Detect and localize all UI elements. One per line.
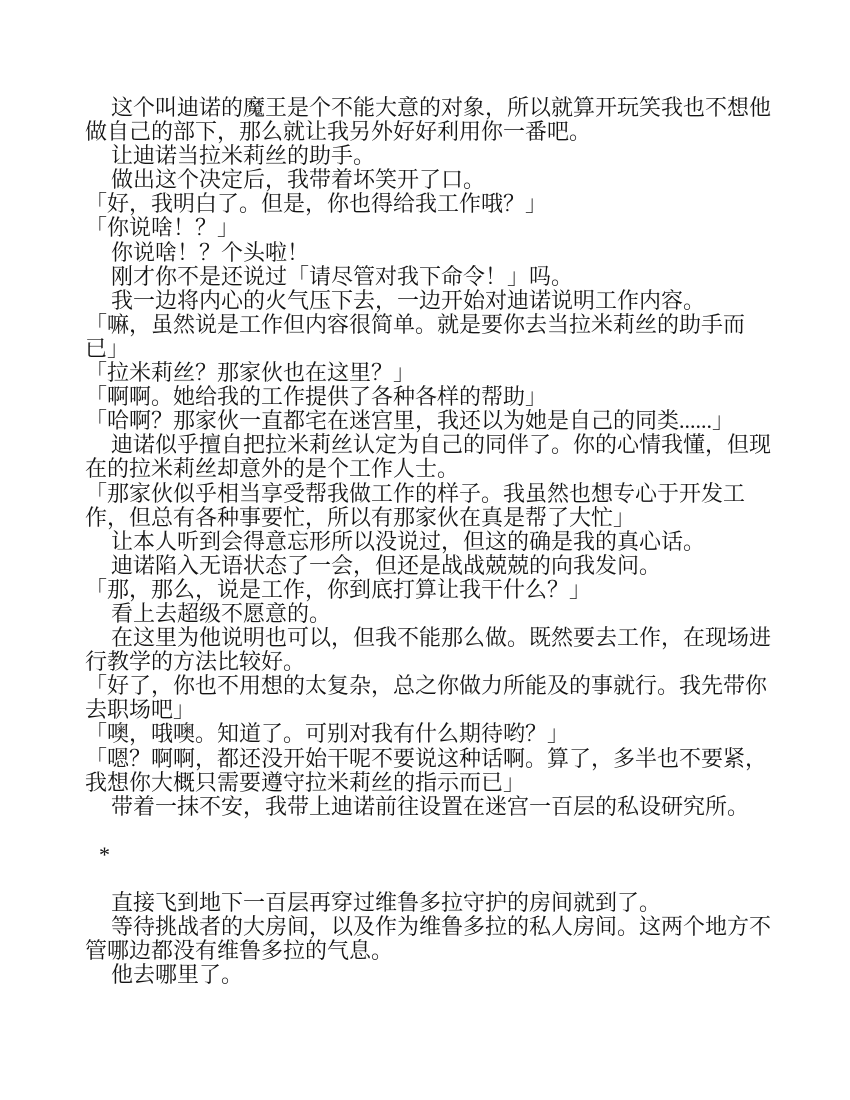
text-line: 你说啥！？个头啦！ <box>85 241 775 265</box>
text-line: 管哪边都没有维鲁多拉的气息。 <box>85 939 775 963</box>
text-line: 「好，我明白了。但是，你也得给我工作哦？」 <box>85 192 775 216</box>
text-line: 作，但总有各种事要忙，所以有那家伙在真是帮了大忙」 <box>85 506 775 530</box>
text-line: 「好了，你也不用想的太复杂，总之你做力所能及的事就行。我先带你 <box>85 674 775 698</box>
text-line: 「那，那么，说是工作，你到底打算让我干什么？」 <box>85 578 775 602</box>
text-line: 这个叫迪诺的魔王是个不能大意的对象，所以就算开玩笑我也不想他 <box>85 96 775 120</box>
text-line: 行教学的方法比较好。 <box>85 650 775 674</box>
document-page: 这个叫迪诺的魔王是个不能大意的对象，所以就算开玩笑我也不想他做自己的部下，那么就… <box>0 0 850 1100</box>
text-line: 带着一抹不安，我带上迪诺前往设置在迷宫一百层的私设研究所。 <box>85 795 775 819</box>
text-line: 「啊啊。她给我的工作提供了各种各样的帮助」 <box>85 385 775 409</box>
text-line: 让本人听到会得意忘形所以没说过，但这的确是我的真心话。 <box>85 530 775 554</box>
text-line: 「嗯？啊啊，都还没开始干呢不要说这种话啊。算了，多半也不要紧， <box>85 747 775 771</box>
text-line: 我一边将内心的火气压下去，一边开始对迪诺说明工作内容。 <box>85 289 775 313</box>
text-line: 等待挑战者的大房间，以及作为维鲁多拉的私人房间。这两个地方不 <box>85 915 775 939</box>
text-line: 看上去超级不愿意的。 <box>85 602 775 626</box>
text-line: 去职场吧」 <box>85 698 775 722</box>
text-line: 已」 <box>85 337 775 361</box>
text-line: 「拉米莉丝？那家伙也在这里？」 <box>85 361 775 385</box>
text-line: 做出这个决定后，我带着坏笑开了口。 <box>85 168 775 192</box>
blank-line <box>85 819 775 843</box>
text-line: 「你说啥！？」 <box>85 216 775 240</box>
text-line: 做自己的部下，那么就让我另外好好利用你一番吧。 <box>85 120 775 144</box>
text-content: 这个叫迪诺的魔王是个不能大意的对象，所以就算开玩笑我也不想他做自己的部下，那么就… <box>85 96 775 987</box>
blank-line <box>85 867 775 891</box>
text-line: 「噢，哦噢。知道了。可别对我有什么期待哟？」 <box>85 722 775 746</box>
text-line: 迪诺似乎擅自把拉米莉丝认定为自己的同伴了。你的心情我懂，但现 <box>85 433 775 457</box>
section-separator: * <box>85 843 775 867</box>
text-line: 刚才你不是还说过「请尽管对我下命令！」吗。 <box>85 265 775 289</box>
text-line: 在的拉米莉丝却意外的是个工作人士。 <box>85 457 775 481</box>
text-line: 他去哪里了。 <box>85 963 775 987</box>
text-line: 直接飞到地下一百层再穿过维鲁多拉守护的房间就到了。 <box>85 891 775 915</box>
text-line: 让迪诺当拉米莉丝的助手。 <box>85 144 775 168</box>
text-line: 「那家伙似乎相当享受帮我做工作的样子。我虽然也想专心于开发工 <box>85 482 775 506</box>
text-line: 在这里为他说明也可以，但我不能那么做。既然要去工作，在现场进 <box>85 626 775 650</box>
text-line: 「嘛，虽然说是工作但内容很简单。就是要你去当拉米莉丝的助手而 <box>85 313 775 337</box>
text-line: 迪诺陷入无语状态了一会，但还是战战兢兢的向我发问。 <box>85 554 775 578</box>
text-line: 我想你大概只需要遵守拉米莉丝的指示而已」 <box>85 771 775 795</box>
text-line: 「哈啊？那家伙一直都宅在迷宫里，我还以为她是自己的同类......」 <box>85 409 775 433</box>
